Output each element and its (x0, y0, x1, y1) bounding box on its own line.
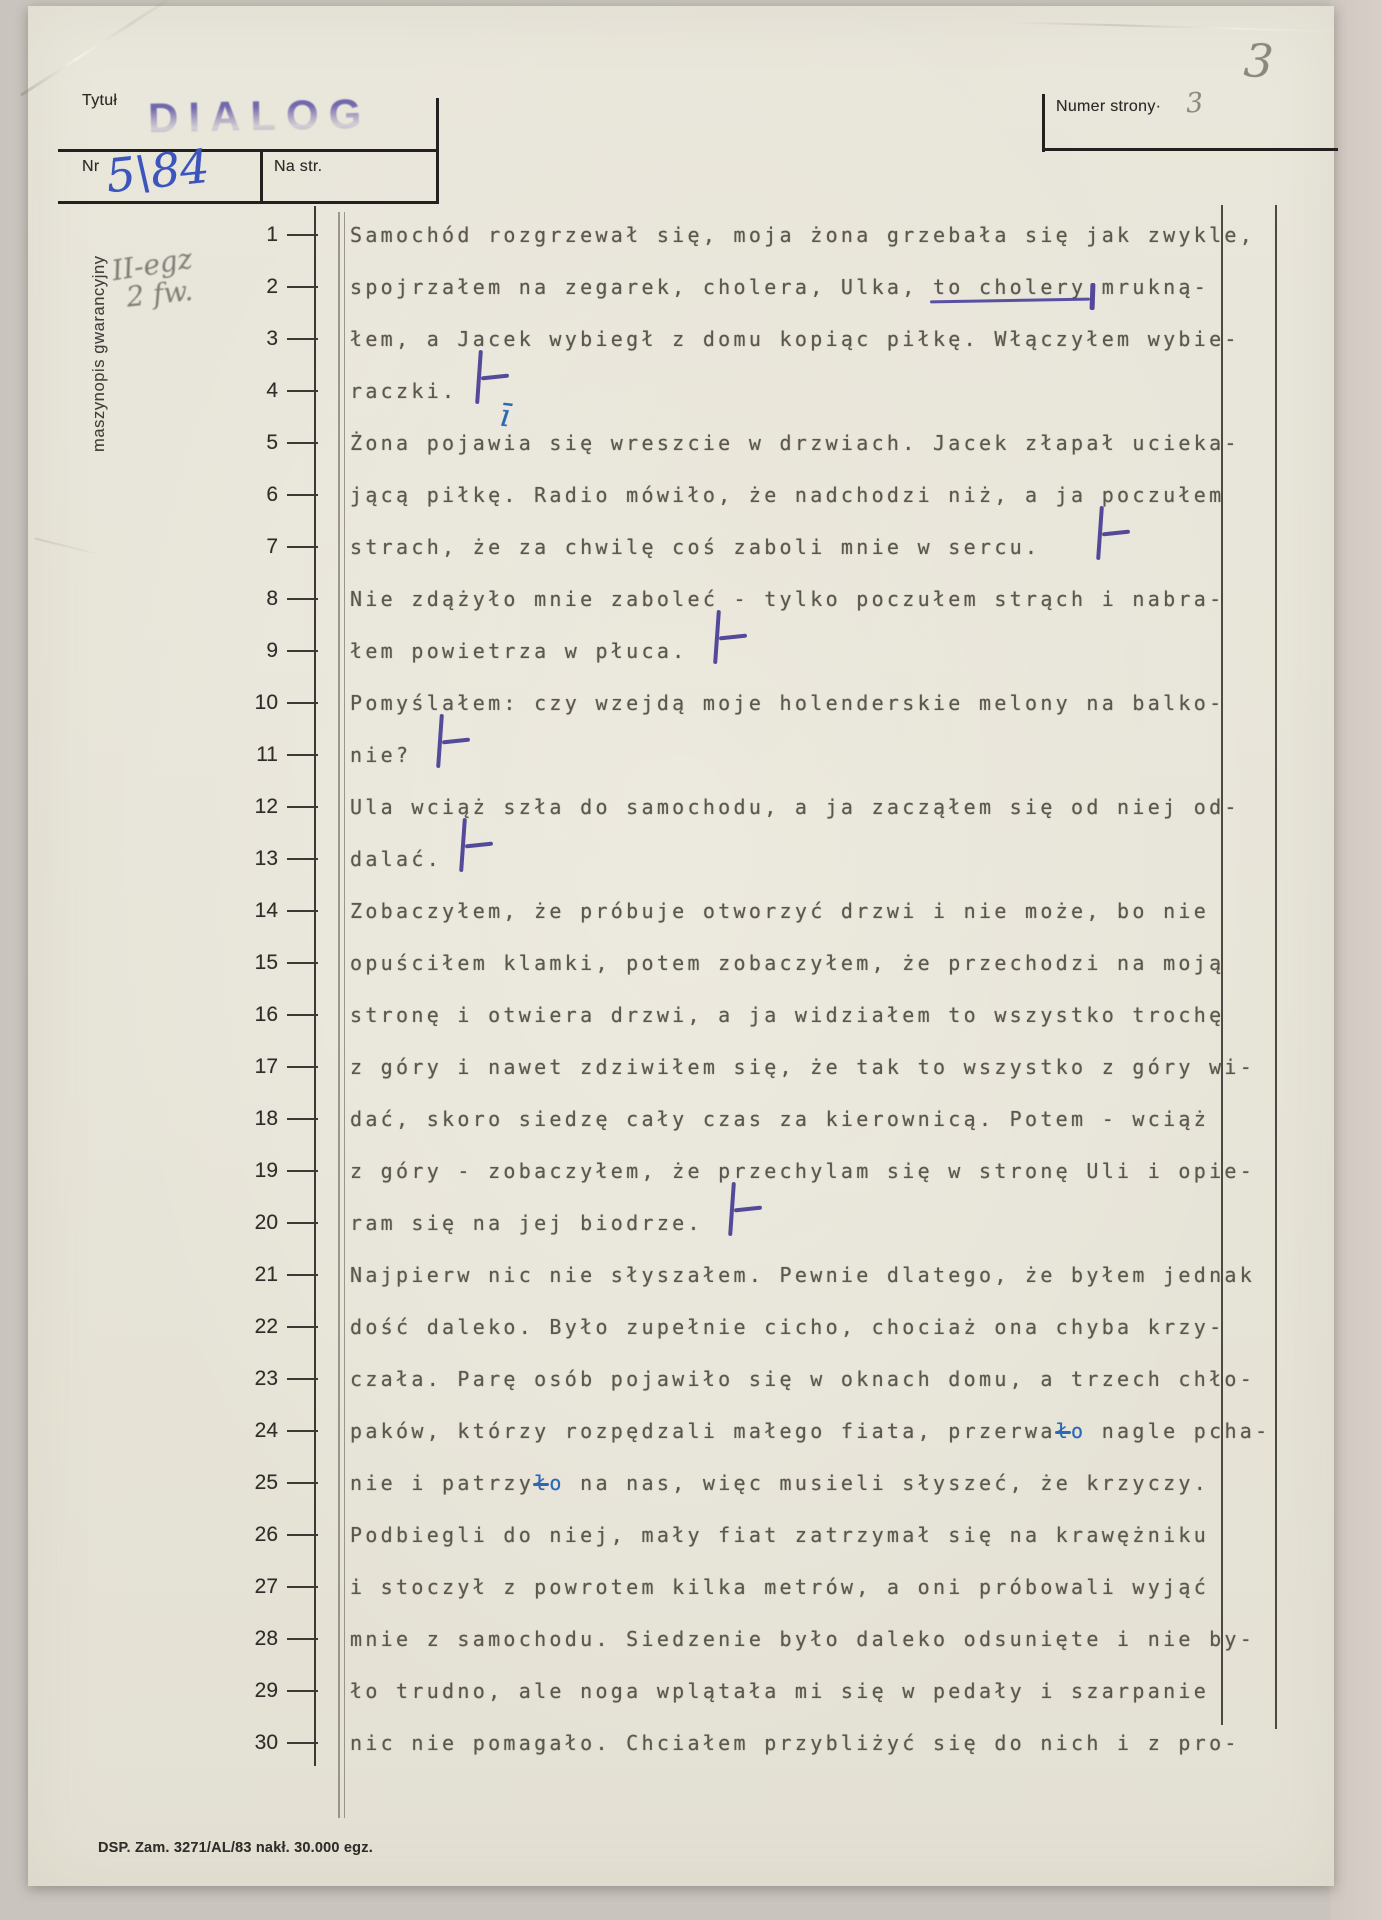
typed-line-23: czała. Parę osób pojawiło się w oknach d… (350, 1353, 1255, 1405)
line-number: 21 (198, 1249, 278, 1301)
page-number-handwritten: 3 (1185, 87, 1204, 119)
typed-text: dalać. (350, 847, 442, 871)
manuscript-page: Tytuł DIALOG Nr Na str. 5\84 Numer stron… (28, 6, 1334, 1886)
typed-line-9: łem powietrza w płuca. (350, 625, 747, 677)
line-number: 6 (198, 469, 278, 521)
ruler-row-23: 23 (28, 1353, 348, 1405)
ruler-row-20: 20 (28, 1197, 348, 1249)
line-number: 29 (198, 1665, 278, 1717)
ruler-row-30: 30 (28, 1717, 348, 1769)
line-number: 22 (198, 1301, 278, 1353)
typed-line-10: Pomyślałem: czy wzejdą moje holenderskie… (350, 677, 1224, 729)
left-margin-rule (338, 212, 340, 1818)
ruler-row-24: 24 (28, 1405, 348, 1457)
typed-text: ram się na jej biodrze. (350, 1211, 703, 1235)
typed-line-30: nic nie pomagało. Chciałem przybliżyć si… (350, 1717, 1240, 1769)
line-number: 1 (198, 209, 278, 261)
ruler-row-7: 7 (28, 521, 348, 573)
ruler-row-18: 18 (28, 1093, 348, 1145)
ruler-row-21: 21 (28, 1249, 348, 1301)
line-number: 20 (198, 1197, 278, 1249)
typed-text: Ula wciąż szła do samochodu, a ja zaczął… (350, 795, 1240, 819)
ruler-row-3: 3 (28, 313, 348, 365)
typed-line-29: ło trudno, ale noga wplątała mi się w pe… (350, 1665, 1209, 1717)
typed-line-14: Zobaczyłem, że próbuje otworzyć drzwi i … (350, 885, 1209, 937)
ruler-row-26: 26 (28, 1509, 348, 1561)
ruler-row-14: 14 (28, 885, 348, 937)
typed-text: Zobaczyłem, że próbuje otworzyć drzwi i … (350, 899, 1209, 923)
line-number: 12 (198, 781, 278, 833)
typed-line-11: nie? (350, 729, 470, 781)
line-number: 17 (198, 1041, 278, 1093)
ruler-row-27: 27 (28, 1561, 348, 1613)
struck-text: to cholery (933, 275, 1086, 299)
typed-text: strach, że za chwilę coś zaboli mnie w s… (350, 535, 1040, 559)
ruler-row-6: 6 (28, 469, 348, 521)
tytul-label: Tytuł (82, 92, 117, 110)
typed-text: jącą piłkę. Radio mówiło, że nadchodzi n… (350, 483, 1224, 507)
ruler-row-22: 22 (28, 1301, 348, 1353)
typed-line-26: Podbiegli do niej, mały fiat zatrzymał s… (350, 1509, 1209, 1561)
paragraph-mark (726, 1210, 762, 1230)
page-number-box-border (1042, 94, 1045, 152)
typed-text: łem powietrza w płuca. (350, 639, 688, 663)
line-number: 13 (198, 833, 278, 885)
typed-line-1: Samochód rozgrzewał się, moja żona grzeb… (350, 209, 1255, 261)
line-number: 3 (198, 313, 278, 365)
ruler-row-8: 8 (28, 573, 348, 625)
corner-page-number: 3 (1242, 33, 1275, 89)
typed-text: opuściłem klamki, potem zobaczyłem, że p… (350, 951, 1224, 975)
typed-text: nagle pcha- (1086, 1419, 1270, 1443)
ruler-row-17: 17 (28, 1041, 348, 1093)
typed-text: stronę i otwiera drzwi, a ja widziałem t… (350, 1003, 1224, 1027)
typed-line-22: dość daleko. Było zupełnie cicho, chocia… (350, 1301, 1224, 1353)
typed-line-7: strach, że za chwilę coś zaboli mnie w s… (350, 521, 1130, 573)
ruler-row-15: 15 (28, 937, 348, 989)
ruler-vertical-line (314, 206, 316, 1766)
typed-line-18: dać, skoro siedzę cały czas za kierownic… (350, 1093, 1209, 1145)
typed-text: Pomyślałem: czy wzejdą moje holenderskie… (350, 691, 1224, 715)
ruler-row-2: 2 (28, 261, 348, 313)
ruler-row-29: 29 (28, 1665, 348, 1717)
ruler-row-28: 28 (28, 1613, 348, 1665)
numer-strony-label: Numer strony· (1056, 98, 1161, 116)
ruler-row-12: 12 (28, 781, 348, 833)
page-number-box-border (1042, 148, 1338, 151)
line-number: 10 (198, 677, 278, 729)
typed-line-17: z góry i nawet zdziwiłem się, że tak to … (350, 1041, 1255, 1093)
typed-line-24: paków, którzy rozpędzali małego fiata, p… (350, 1405, 1270, 1457)
form-box-border (436, 98, 439, 204)
ruler-row-25: 25 (28, 1457, 348, 1509)
typed-line-13: dalać. (350, 833, 493, 885)
nr-label: Nr (82, 158, 99, 176)
line-number: 30 (198, 1717, 278, 1769)
line-number: 15 (198, 937, 278, 989)
paragraph-mark (457, 846, 493, 866)
typed-text: nie i patrzy (350, 1471, 534, 1495)
paper-crease (1008, 21, 1348, 32)
print-imprint: DSP. Zam. 3271/AL/83 nakł. 30.000 egz. (98, 1840, 373, 1856)
line-number: 23 (198, 1353, 278, 1405)
ruler-row-4: 4 (28, 365, 348, 417)
line-number: 27 (198, 1561, 278, 1613)
typed-text: na nas, więc musieli słyszeć, że krzyczy… (565, 1471, 1209, 1495)
typed-line-12: Ula wciąż szła do samochodu, a ja zaczął… (350, 781, 1240, 833)
paper-crease (20, 0, 189, 97)
line-number: 2 (198, 261, 278, 313)
ruler-row-1: 1 (28, 209, 348, 261)
typed-text: Nie zdążyło mnie zaboleć - tylko poczułe… (350, 587, 1224, 611)
left-margin-rule (344, 212, 346, 1818)
paragraph-mark (434, 742, 470, 762)
typed-text: Żona pojawia się wreszcie w drzwiach. Ja… (350, 431, 1240, 455)
typed-text: Podbiegli do niej, mały fiat zatrzymał s… (350, 1523, 1209, 1547)
typed-text: dać, skoro siedzę cały czas za kierownic… (350, 1107, 1209, 1131)
line-number: 28 (198, 1613, 278, 1665)
line-number: 8 (198, 573, 278, 625)
right-margin-rule (1275, 205, 1277, 1729)
typed-line-5: Żona pojawia się wreszcie w drzwiach. Ja… (350, 417, 1240, 469)
paragraph-mark (711, 638, 747, 658)
typed-text: mnie z samochodu. Siedzenie było daleko … (350, 1627, 1255, 1651)
typed-line-2: spojrzałem na zegarek, cholera, Ulka, to… (350, 261, 1209, 313)
ink-correction: ło (1056, 1419, 1087, 1443)
issue-number-handwritten: 5\84 (103, 139, 211, 204)
line-number: 16 (198, 989, 278, 1041)
line-number: 14 (198, 885, 278, 937)
dialog-stamp: DIALOG (148, 90, 372, 143)
ruler-row-9: 9 (28, 625, 348, 677)
typed-text: nic nie pomagało. Chciałem przybliżyć si… (350, 1731, 1240, 1755)
line-number: 18 (198, 1093, 278, 1145)
typed-text: ło trudno, ale noga wplątała mi się w pe… (350, 1679, 1209, 1703)
form-box-divider (260, 149, 263, 204)
ink-correction: ło (534, 1471, 565, 1495)
typed-text: i stoczył z powrotem kilka metrów, a oni… (350, 1575, 1209, 1599)
typed-text: z góry i nawet zdziwiłem się, że tak to … (350, 1055, 1255, 1079)
typed-line-21: Najpierw nic nie słyszałem. Pewnie dlate… (350, 1249, 1255, 1301)
typed-text: spojrzałem na zegarek, cholera, Ulka, (350, 275, 933, 299)
typed-line-19: z góry - zobaczyłem, że przechylam się w… (350, 1145, 1255, 1197)
typed-text: dość daleko. Było zupełnie cicho, chocia… (350, 1315, 1224, 1339)
typed-text: Najpierw nic nie słyszałem. Pewnie dlate… (350, 1263, 1255, 1287)
ruler-row-19: 19 (28, 1145, 348, 1197)
line-number: 26 (198, 1509, 278, 1561)
typed-text: paków, którzy rozpędzali małego fiata, p… (350, 1419, 1056, 1443)
ruler-row-16: 16 (28, 989, 348, 1041)
line-number: 9 (198, 625, 278, 677)
typed-line-25: nie i patrzyło na nas, więc musieli słys… (350, 1457, 1209, 1509)
scanned-manuscript-screen: Tytuł DIALOG Nr Na str. 5\84 Numer stron… (0, 0, 1382, 1920)
ruler-row-11: 11 (28, 729, 348, 781)
line-number: 19 (198, 1145, 278, 1197)
paragraph-mark (1094, 534, 1130, 554)
typed-text: łem, a Jacek wybiegł z domu kopiąc piłkę… (350, 327, 1240, 351)
line-number: 4 (198, 365, 278, 417)
line-number: 25 (198, 1457, 278, 1509)
typed-line-8: Nie zdążyło mnie zaboleć - tylko poczułe… (350, 573, 1224, 625)
ruler-row-10: 10 (28, 677, 348, 729)
typed-text: Samochód rozgrzewał się, moja żona grzeb… (350, 223, 1255, 247)
typed-line-3: łem, a Jacek wybiegł z domu kopiąc piłkę… (350, 313, 1240, 365)
na-str-label: Na str. (274, 158, 322, 176)
typed-text: nie? (350, 743, 411, 767)
line-number: 11 (198, 729, 278, 781)
typed-line-27: i stoczył z powrotem kilka metrów, a oni… (350, 1561, 1209, 1613)
line-number: 7 (198, 521, 278, 573)
typed-line-15: opuściłem klamki, potem zobaczyłem, że p… (350, 937, 1224, 989)
typed-line-20: ram się na jej biodrze. (350, 1197, 762, 1249)
typed-line-16: stronę i otwiera drzwi, a ja widziałem t… (350, 989, 1224, 1041)
typed-text: mrukną- (1086, 275, 1209, 299)
scanner-background (1330, 0, 1382, 1920)
typed-text: z góry - zobaczyłem, że przechylam się w… (350, 1159, 1255, 1183)
ruler-row-5: 5 (28, 417, 348, 469)
typed-text: czała. Parę osób pojawiło się w oknach d… (350, 1367, 1255, 1391)
typed-line-28: mnie z samochodu. Siedzenie było daleko … (350, 1613, 1255, 1665)
line-number: 5 (198, 417, 278, 469)
typed-line-6: jącą piłkę. Radio mówiło, że nadchodzi n… (350, 469, 1224, 521)
typed-text: raczki. (350, 379, 457, 403)
ruler-row-13: 13 (28, 833, 348, 885)
typed-line-4: raczki. (350, 365, 509, 417)
line-number: 24 (198, 1405, 278, 1457)
